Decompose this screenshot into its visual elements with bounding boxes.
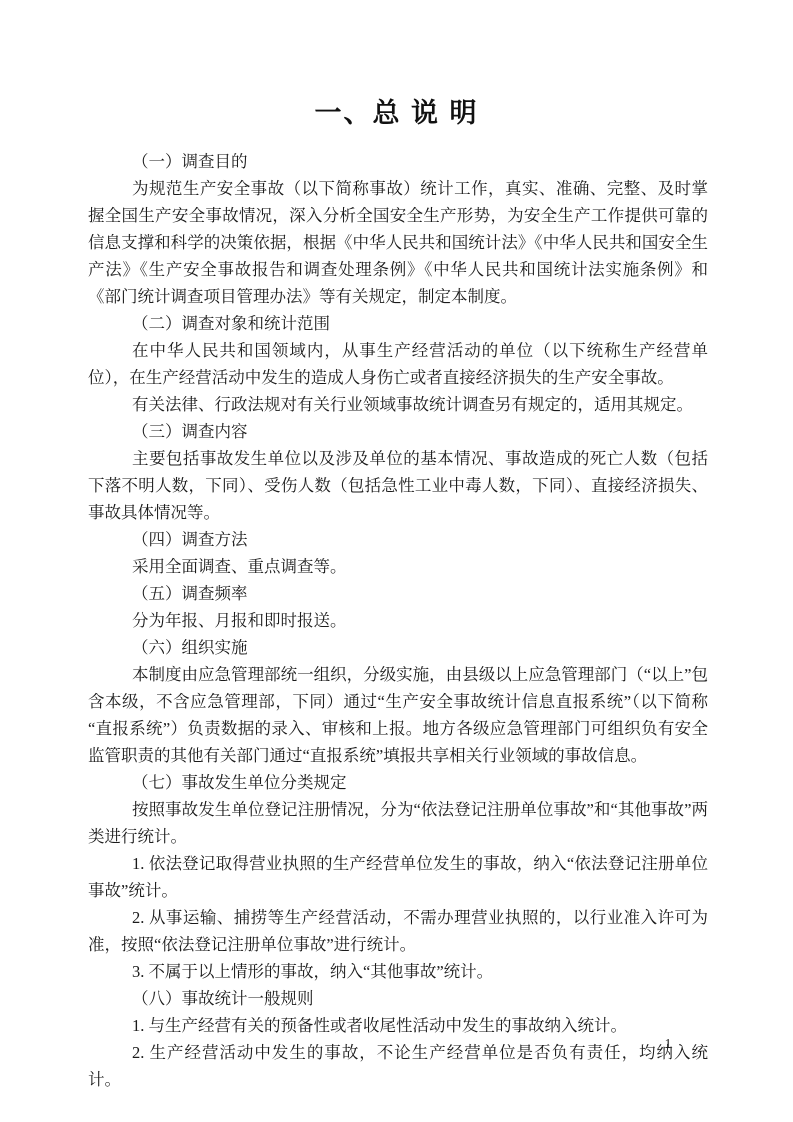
- paragraph: （四）调查方法: [88, 526, 708, 553]
- paragraph: 1. 与生产经营有关的预备性或者收尾性活动中发生的事故纳入统计。: [88, 1012, 708, 1039]
- paragraph: 分为年报、月报和即时报送。: [88, 607, 708, 634]
- paragraph: 主要包括事故发生单位以及涉及单位的基本情况、事故造成的死亡人数（包括下落不明人数…: [88, 445, 708, 526]
- paragraph: 有关法律、行政法规对有关行业领域事故统计调查另有规定的，适用其规定。: [88, 391, 708, 418]
- paragraph: 本制度由应急管理部统一组织，分级实施，由县级以上应急管理部门（“以上”包含本级，…: [88, 661, 708, 769]
- paragraph: （五）调查频率: [88, 580, 708, 607]
- document-page: 一、总 说 明 （一）调查目的为规范生产安全事故（以下简称事故）统计工作，真实、…: [0, 0, 793, 1122]
- paragraph: （八）事故统计一般规则: [88, 985, 708, 1012]
- paragraph: （二）调查对象和统计范围: [88, 310, 708, 337]
- paragraph: 为规范生产安全事故（以下简称事故）统计工作，真实、准确、完整、及时掌握全国生产安…: [88, 175, 708, 310]
- paragraph: 2. 从事运输、捕捞等生产经营活动，不需办理营业执照的，以行业准入许可为准，按照…: [88, 904, 708, 958]
- paragraph: （一）调查目的: [88, 148, 708, 175]
- document-body: （一）调查目的为规范生产安全事故（以下简称事故）统计工作，真实、准确、完整、及时…: [88, 148, 708, 1093]
- paragraph: 1. 依法登记取得营业执照的生产经营单位发生的事故，纳入“依法登记注册单位事故”…: [88, 850, 708, 904]
- paragraph: 3. 不属于以上情形的事故，纳入“其他事故”统计。: [88, 958, 708, 985]
- paragraph: （三）调查内容: [88, 418, 708, 445]
- paragraph: （六）组织实施: [88, 634, 708, 661]
- paragraph: 在中华人民共和国领域内，从事生产经营活动的单位（以下统称生产经营单位），在生产经…: [88, 337, 708, 391]
- paragraph: 2. 生产经营活动中发生的事故，不论生产经营单位是否负有责任，均纳入统计。: [88, 1039, 708, 1093]
- paragraph: 按照事故发生单位登记注册情况，分为“依法登记注册单位事故”和“其他事故”两类进行…: [88, 796, 708, 850]
- paragraph: 采用全面调查、重点调查等。: [88, 553, 708, 580]
- paragraph: （七）事故发生单位分类规定: [88, 769, 708, 796]
- page-title: 一、总 说 明: [0, 0, 793, 130]
- page-number: 1: [656, 1035, 680, 1053]
